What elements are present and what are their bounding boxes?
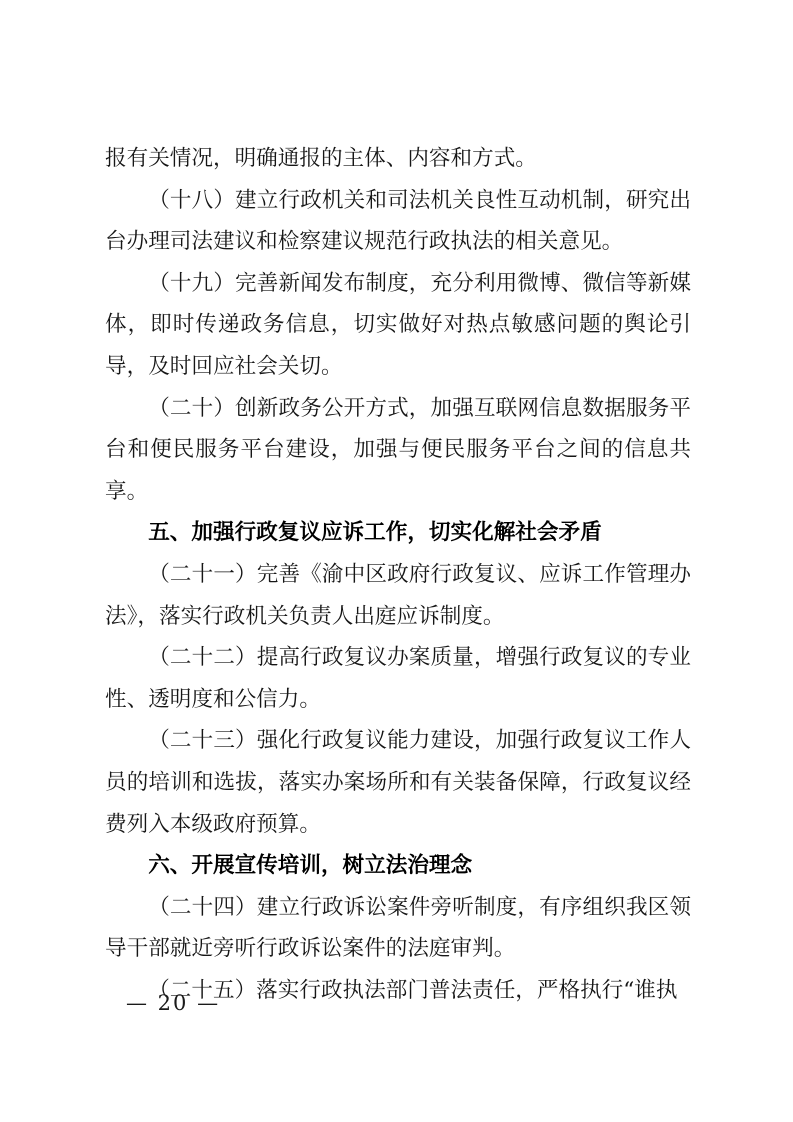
body-paragraph: 报有关情况，明确通报的主体、内容和方式。 [105, 138, 691, 180]
body-paragraph: （二十四）建立行政诉讼案件旁听制度，有序组织我区领导干部就近旁听行政诉讼案件的法… [105, 887, 691, 970]
document-body: 报有关情况，明确通报的主体、内容和方式。（十八）建立行政机关和司法机关良性互动机… [105, 138, 691, 1011]
body-paragraph: （十八）建立行政机关和司法机关良性互动机制，研究出台办理司法建议和检察建议规范行… [105, 180, 691, 263]
body-paragraph: （二十一）完善《渝中区政府行政复议、应诉工作管理办法》，落实行政机关负责人出庭应… [105, 554, 691, 637]
body-paragraph: （十九）完善新闻发布制度，充分利用微博、微信等新媒体，即时传递政务信息，切实做好… [105, 263, 691, 388]
document-page: 报有关情况，明确通报的主体、内容和方式。（十八）建立行政机关和司法机关良性互动机… [0, 0, 793, 1122]
body-paragraph: （二十）创新政务公开方式，加强互联网信息数据服务平台和便民服务平台建设，加强与便… [105, 388, 691, 513]
body-paragraph: （二十二）提高行政复议办案质量，增强行政复议的专业性、透明度和公信力。 [105, 637, 691, 720]
page-number: — 20 — [126, 988, 220, 1018]
body-paragraph: （二十三）强化行政复议能力建设，加强行政复议工作人员的培训和选拔，落实办案场所和… [105, 720, 691, 845]
section-heading: 五、加强行政复议应诉工作，切实化解社会矛盾 [105, 512, 691, 554]
section-heading: 六、开展宣传培训，树立法治理念 [105, 845, 691, 887]
